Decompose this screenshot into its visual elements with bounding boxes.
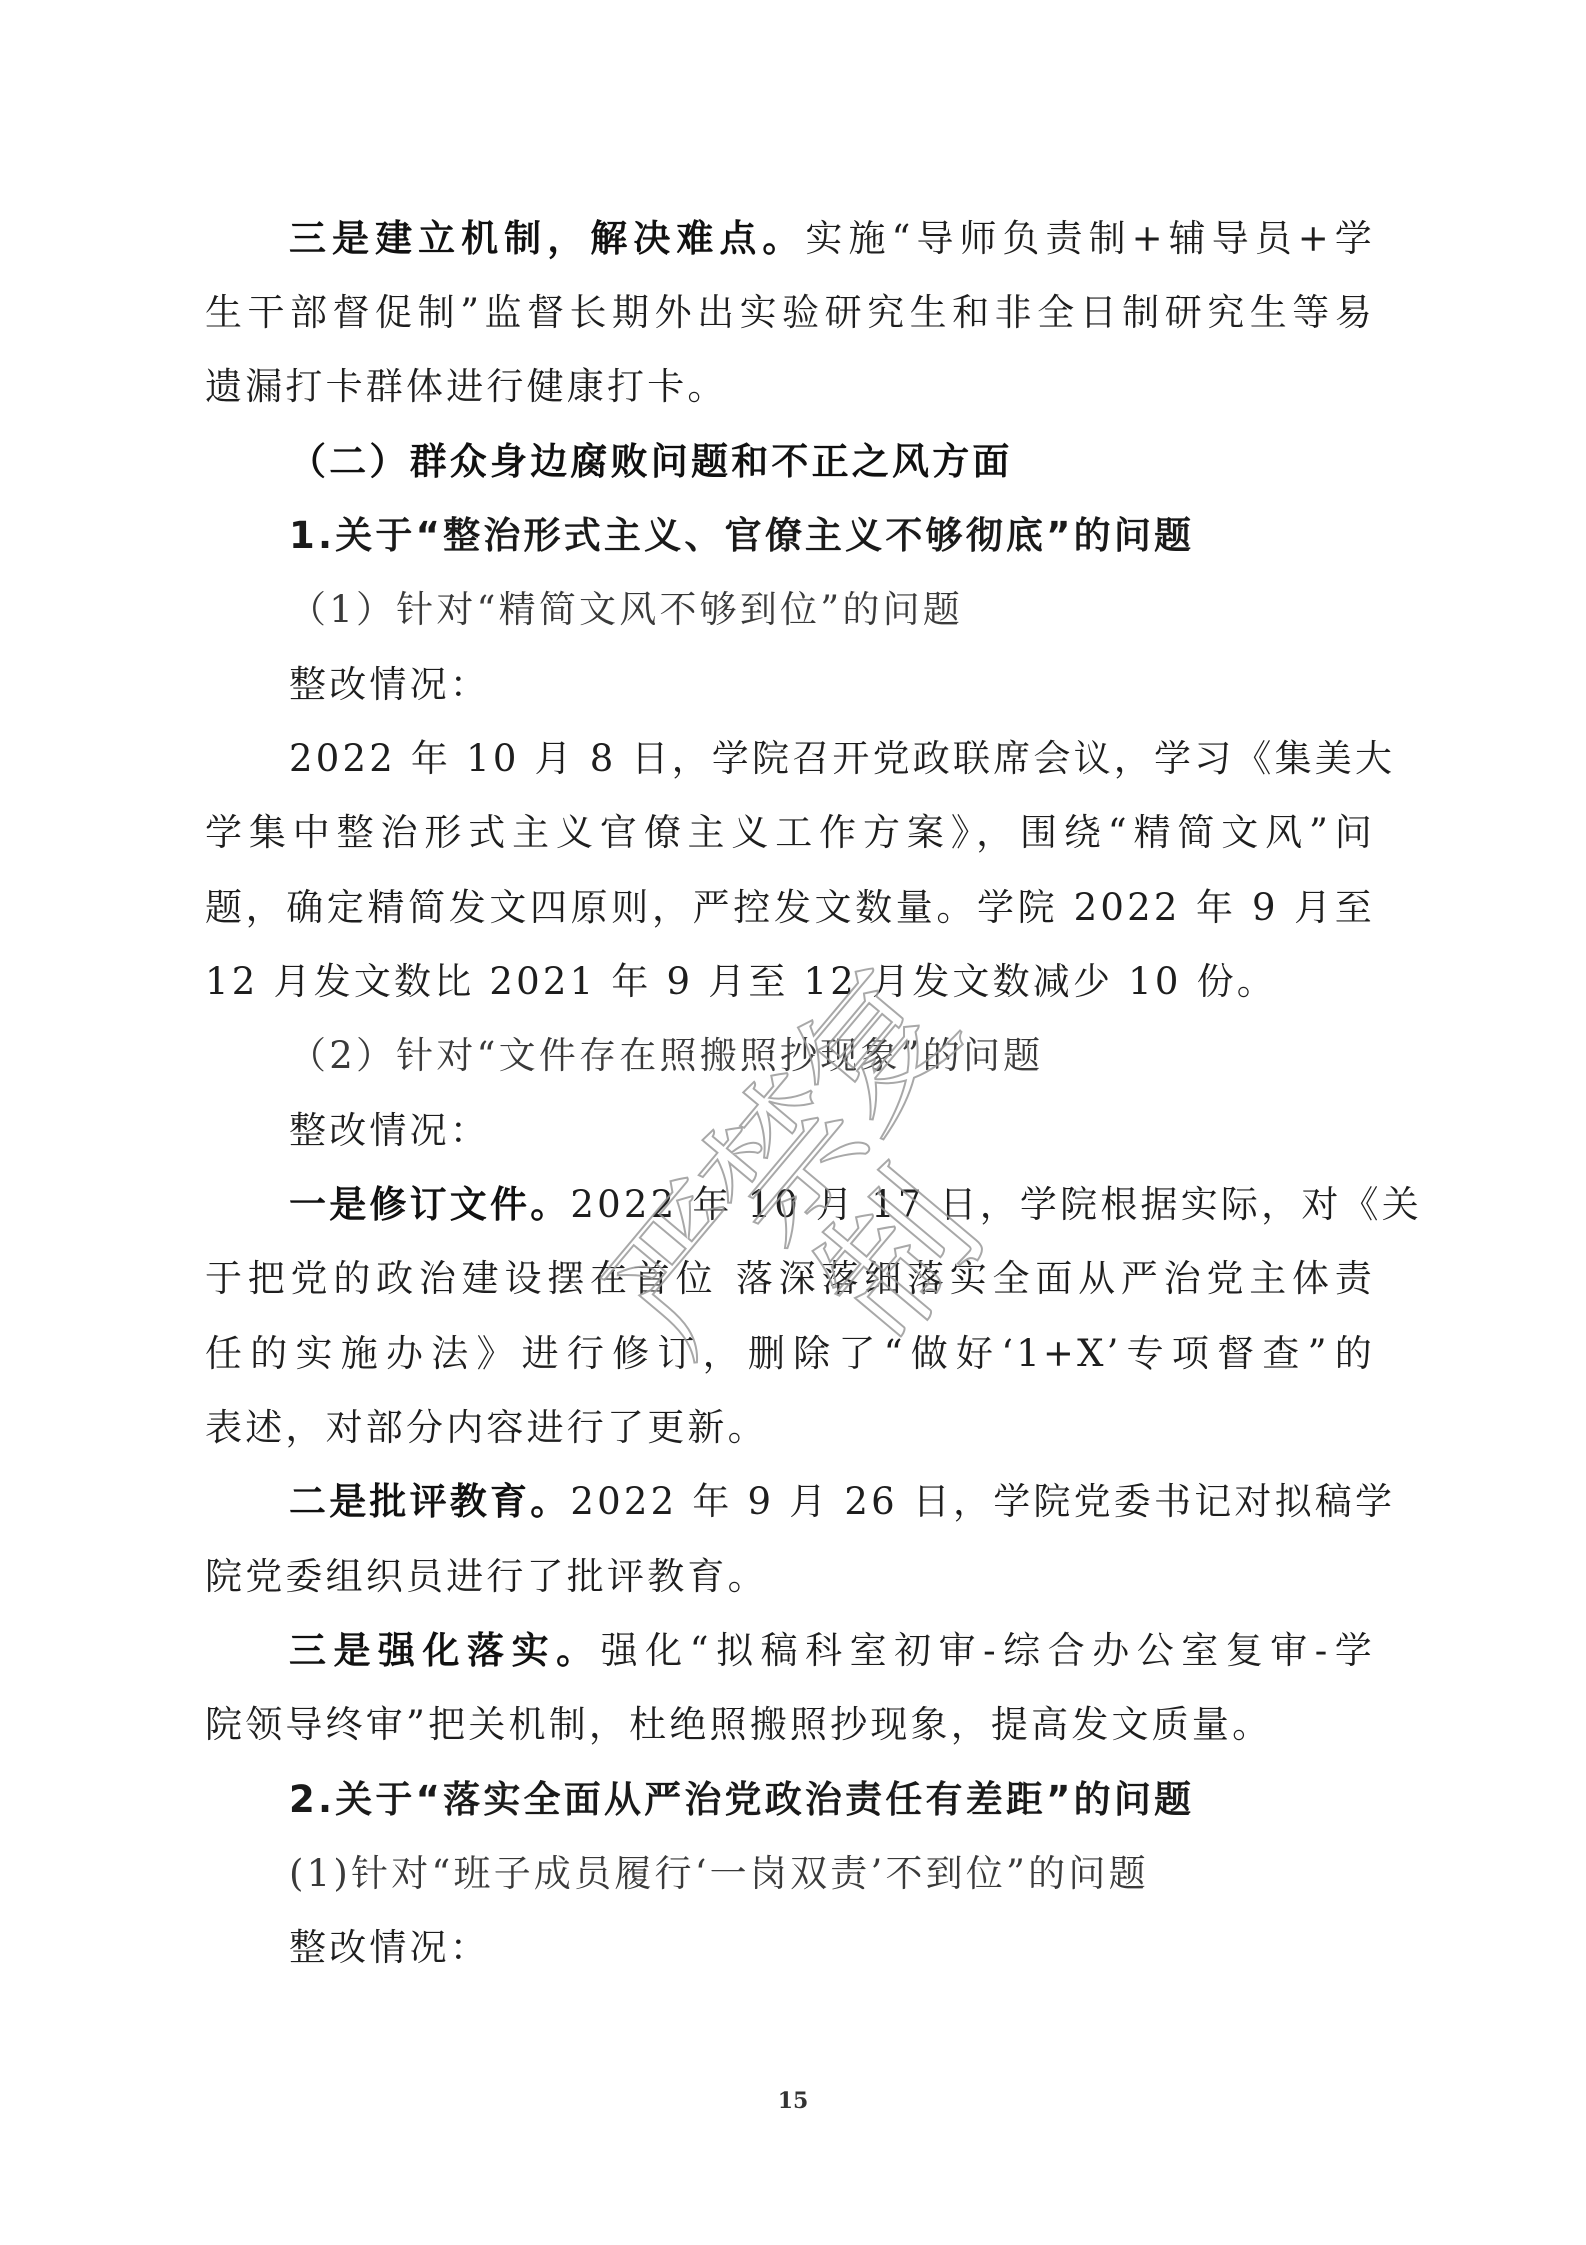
rectification-label: 整改情况： xyxy=(205,1108,1375,1154)
paragraph-line: 二是批评教育。2022 年 9 月 26 日，学院党委书记对拟稿学 xyxy=(205,1479,1375,1525)
rectification-label: 整改情况： xyxy=(205,662,1375,708)
issue-heading: （1）针对“精简文风不够到位”的问题 xyxy=(205,587,1375,633)
paragraph-line: 遗漏打卡群体进行健康打卡。 xyxy=(205,364,1375,410)
issue-heading: （2）针对“文件存在照搬照抄现象”的问题 xyxy=(205,1033,1375,1079)
paragraph-line: 任的实施办法》进行修订，删除了“做好‘1+X’专项督查”的 xyxy=(205,1331,1375,1377)
paragraph-line: 一是修订文件。2022 年 10 月 17 日，学院根据实际，对《关 xyxy=(205,1182,1375,1228)
subsection-heading: 1.关于“整治形式主义、官僚主义不够彻底”的问题 xyxy=(205,513,1375,559)
section-heading: （二）群众身边腐败问题和不正之风方面 xyxy=(205,439,1375,485)
paragraph-line: 生干部督促制”监督长期外出实验研究生和非全日制研究生等易 xyxy=(205,290,1375,336)
paragraph-line: 学集中整治形式主义官僚主义工作方案》，围绕“精简文风”问 xyxy=(205,810,1375,856)
paragraph-line: 题，确定精简发文四原则，严控发文数量。学院 2022 年 9 月至 xyxy=(205,885,1375,931)
line-text: 实施“导师负责制+辅导员+学 xyxy=(805,217,1375,260)
page-number: 15 xyxy=(0,2088,1586,2114)
paragraph-line: 三是建立机制，解决难点。实施“导师负责制+辅导员+学 xyxy=(205,216,1375,262)
document-page: 三是建立机制，解决难点。实施“导师负责制+辅导员+学 生干部督促制”监督长期外出… xyxy=(0,0,1586,2245)
paragraph-line: 表述，对部分内容进行了更新。 xyxy=(205,1405,1375,1451)
rectification-label: 整改情况： xyxy=(205,1925,1375,1971)
line-text: 强化“拟稿科室初审-综合办公室复审-学 xyxy=(601,1629,1375,1672)
bold-lead: 二是批评教育。 xyxy=(289,1480,570,1523)
paragraph-line: 于把党的政治建设摆在首位 落深落细落实全面从严治党主体责 xyxy=(205,1256,1375,1302)
bold-lead: 一是修订文件。 xyxy=(289,1183,570,1226)
line-text: 2022 年 9 月 26 日，学院党委书记对拟稿学 xyxy=(570,1480,1395,1523)
bold-lead: 三是强化落实。 xyxy=(289,1629,601,1672)
paragraph-line: 院党委组织员进行了批评教育。 xyxy=(205,1554,1375,1600)
paragraph-line: 院领导终审”把关机制，杜绝照搬照抄现象，提高发文质量。 xyxy=(205,1702,1375,1748)
line-text: 2022 年 10 月 17 日，学院根据实际，对《关 xyxy=(570,1183,1422,1226)
issue-heading: (1)针对“班子成员履行‘一岗双责’不到位”的问题 xyxy=(205,1851,1375,1897)
paragraph-line: 12 月发文数比 2021 年 9 月至 12 月发文数减少 10 份。 xyxy=(205,959,1375,1005)
paragraph-line: 2022 年 10 月 8 日，学院召开党政联席会议，学习《集美大 xyxy=(205,736,1375,782)
subsection-heading: 2.关于“落实全面从严治党政治责任有差距”的问题 xyxy=(205,1777,1375,1823)
bold-lead: 三是建立机制，解决难点。 xyxy=(289,217,805,260)
paragraph-line: 三是强化落实。强化“拟稿科室初审-综合办公室复审-学 xyxy=(205,1628,1375,1674)
